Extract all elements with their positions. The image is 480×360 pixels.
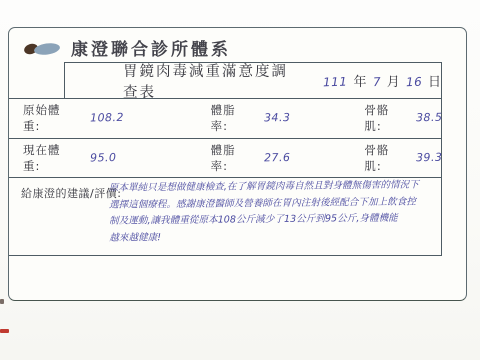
form-title-row: 胃鏡肉毒減重滿意度調查表 111 年 7 月 16 日 (64, 62, 442, 99)
clinic-logo-icon (23, 36, 63, 58)
scan-artifact-red (0, 329, 9, 333)
date-day-unit: 日 (428, 71, 441, 90)
current-weight-row: 現在體重: 95.0 體脂率: 27.6 骨骼肌: 39.3 (9, 138, 442, 178)
date-day-value: 16 (405, 75, 422, 90)
feedback-row: 給康澄的建議/評價: 原本單純只是想做健康檢查,在了解胃鏡肉毒自然且對身體無傷害… (9, 177, 442, 255)
date-month-value: 7 (372, 75, 381, 89)
table-rule-bottom (9, 255, 442, 256)
form-title: 胃鏡肉毒減重滿意度調查表 (123, 60, 295, 102)
skeletal-muscle-value-1: 38.5 (415, 111, 442, 124)
original-weight-row: 原始體重: 108.2 體脂率: 34.3 骨骼肌: 38.5 (9, 98, 442, 138)
scan-artifact-dark (0, 299, 4, 304)
fat-rate-value-1: 34.3 (264, 111, 313, 125)
date-year-value: 111 (323, 75, 348, 90)
skeletal-muscle-label-2: 骨骼肌: (364, 142, 405, 174)
fat-rate-label-2: 體脂率: (211, 142, 252, 174)
form-date: 111 年 7 月 16 日 (323, 71, 441, 90)
feedback-handwriting: 原本單純只是想做健康檢查,在了解胃鏡肉毒自然且對身體無傷害的情況下 選擇這個療程… (109, 177, 442, 246)
current-weight-value: 95.0 (90, 150, 148, 164)
clinic-brand: 康澄聯合診所體系 (23, 32, 231, 62)
current-weight-label: 現在體重: (23, 142, 76, 174)
date-month-unit: 月 (387, 71, 400, 90)
feedback-line-4: 越來越健康! (109, 227, 441, 247)
feedback-line-3: 制及運動,讓我體重從原本108公斤減少了13公斤到95公斤,身體機能 (109, 210, 441, 230)
date-year-unit: 年 (354, 71, 367, 90)
fat-rate-label-1: 體脂率: (211, 102, 252, 134)
original-weight-value: 108.2 (90, 110, 148, 124)
skeletal-muscle-label-1: 骨骼肌: (364, 102, 405, 134)
fat-rate-value-2: 27.6 (264, 151, 313, 165)
skeletal-muscle-value-2: 39.3 (415, 151, 442, 164)
survey-form-card: 康澄聯合診所體系 胃鏡肉毒減重滿意度調查表 111 年 7 月 16 日 原始體… (8, 27, 467, 301)
feedback-label: 給康澄的建議/評價: (21, 185, 121, 201)
original-weight-label: 原始體重: (23, 102, 76, 134)
clinic-name: 康澄聯合診所體系 (71, 35, 231, 60)
